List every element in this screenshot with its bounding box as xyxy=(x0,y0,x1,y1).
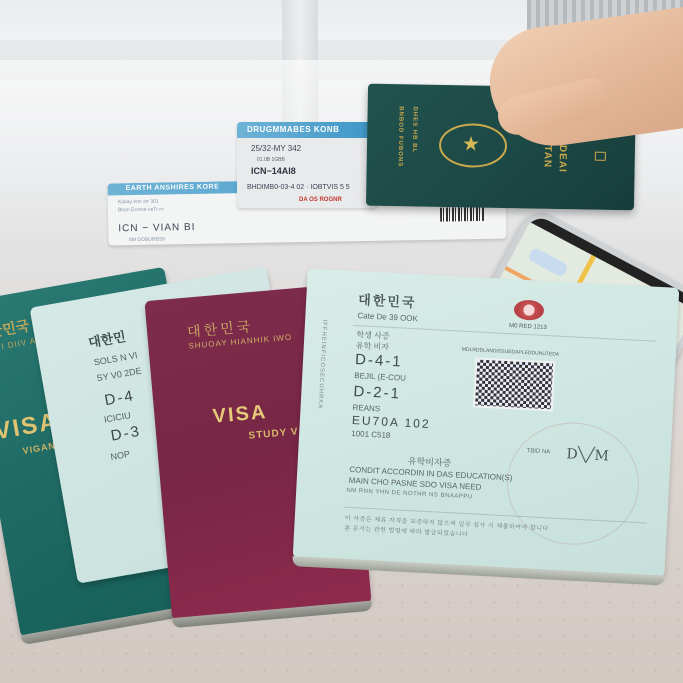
signature: D╲╱M xyxy=(566,446,609,464)
visa-code: D-2-1 xyxy=(353,383,401,402)
boarding-pass-fine-text: Kabay bon srr 301 xyxy=(118,199,159,206)
book-visa-sub: STUDY V xyxy=(248,426,299,441)
emblem-icon: ★ xyxy=(439,123,508,168)
photo-scene: EARTH ANSHIRES KORE Kabay bon srr 301 Bh… xyxy=(0,0,683,683)
boarding-pass-date: 25/32-MY 342 xyxy=(251,144,301,153)
page-line: SOLS N VI xyxy=(93,350,138,367)
visa-line: BEJIL (E-COU xyxy=(354,371,406,383)
boarding-pass-code: BHDIMB0-03-4 02 · IOBTVIS 5 5 xyxy=(247,184,350,191)
visa-purpose: 유학비자증 xyxy=(408,454,452,469)
boarding-pass-front: DRUGMMABES KONB 25/32-MY 342 01.0B 1GBB … xyxy=(237,122,377,208)
page-line: ICICIU xyxy=(103,410,131,425)
visa-title: 대한민국 xyxy=(358,289,417,311)
chip-icon xyxy=(595,152,606,161)
boarding-pass-footer: SM DOBURBS9 xyxy=(128,236,165,243)
page-visa-code: D-3 xyxy=(110,423,143,445)
page-visa-code: D-4 xyxy=(103,387,136,409)
page-line: NOP xyxy=(110,449,131,462)
visa-side-text: IFFHEINFICOSECUHRKA xyxy=(316,319,327,409)
visa-label: REANS xyxy=(352,403,380,413)
boarding-pass-stamp: DA OS ROGNR xyxy=(299,197,342,203)
passport-number: EU70A 102 xyxy=(352,413,431,431)
visa-code: D-4-1 xyxy=(355,351,403,370)
qr-label: MDLRDDLANDISSUEDAPLEDDUNUTEDA xyxy=(462,347,560,358)
visa-date-line: Cate De 39 OOK xyxy=(357,311,418,323)
boarding-pass-route: ICN−14AI8 xyxy=(251,166,296,176)
boarding-pass-route: ICN − VIAN BI xyxy=(118,222,195,234)
page-line: SY V0 2DE xyxy=(96,366,142,384)
boarding-pass-small-text: 01.0B 1GBB xyxy=(257,157,285,163)
boarding-pass-header: DRUGMMABES KONB xyxy=(237,122,377,138)
seal-text: M0 RED 1213 xyxy=(509,323,547,331)
passport-vertical-text: BNBOD FUBONS xyxy=(397,106,404,167)
barcode-icon xyxy=(440,207,484,222)
seal-icon xyxy=(513,299,544,321)
student-visa-page: IFFHEINFICOSECUHRKA 대한민국 Cate De 39 OOK … xyxy=(293,268,680,577)
signature-label: TBID NA xyxy=(526,448,550,455)
passport-vertical-text: DHES HB BL xyxy=(411,106,418,153)
book-visa-label: VISA xyxy=(212,401,268,429)
qr-code-icon xyxy=(473,357,556,411)
map-water xyxy=(527,247,569,278)
page-title: 대한민 xyxy=(87,326,127,351)
visa-line: 1001 C518 xyxy=(351,429,391,440)
boarding-pass-fine-text: Bhon Ecorse ceTr ro xyxy=(118,207,164,214)
divider xyxy=(353,325,657,342)
